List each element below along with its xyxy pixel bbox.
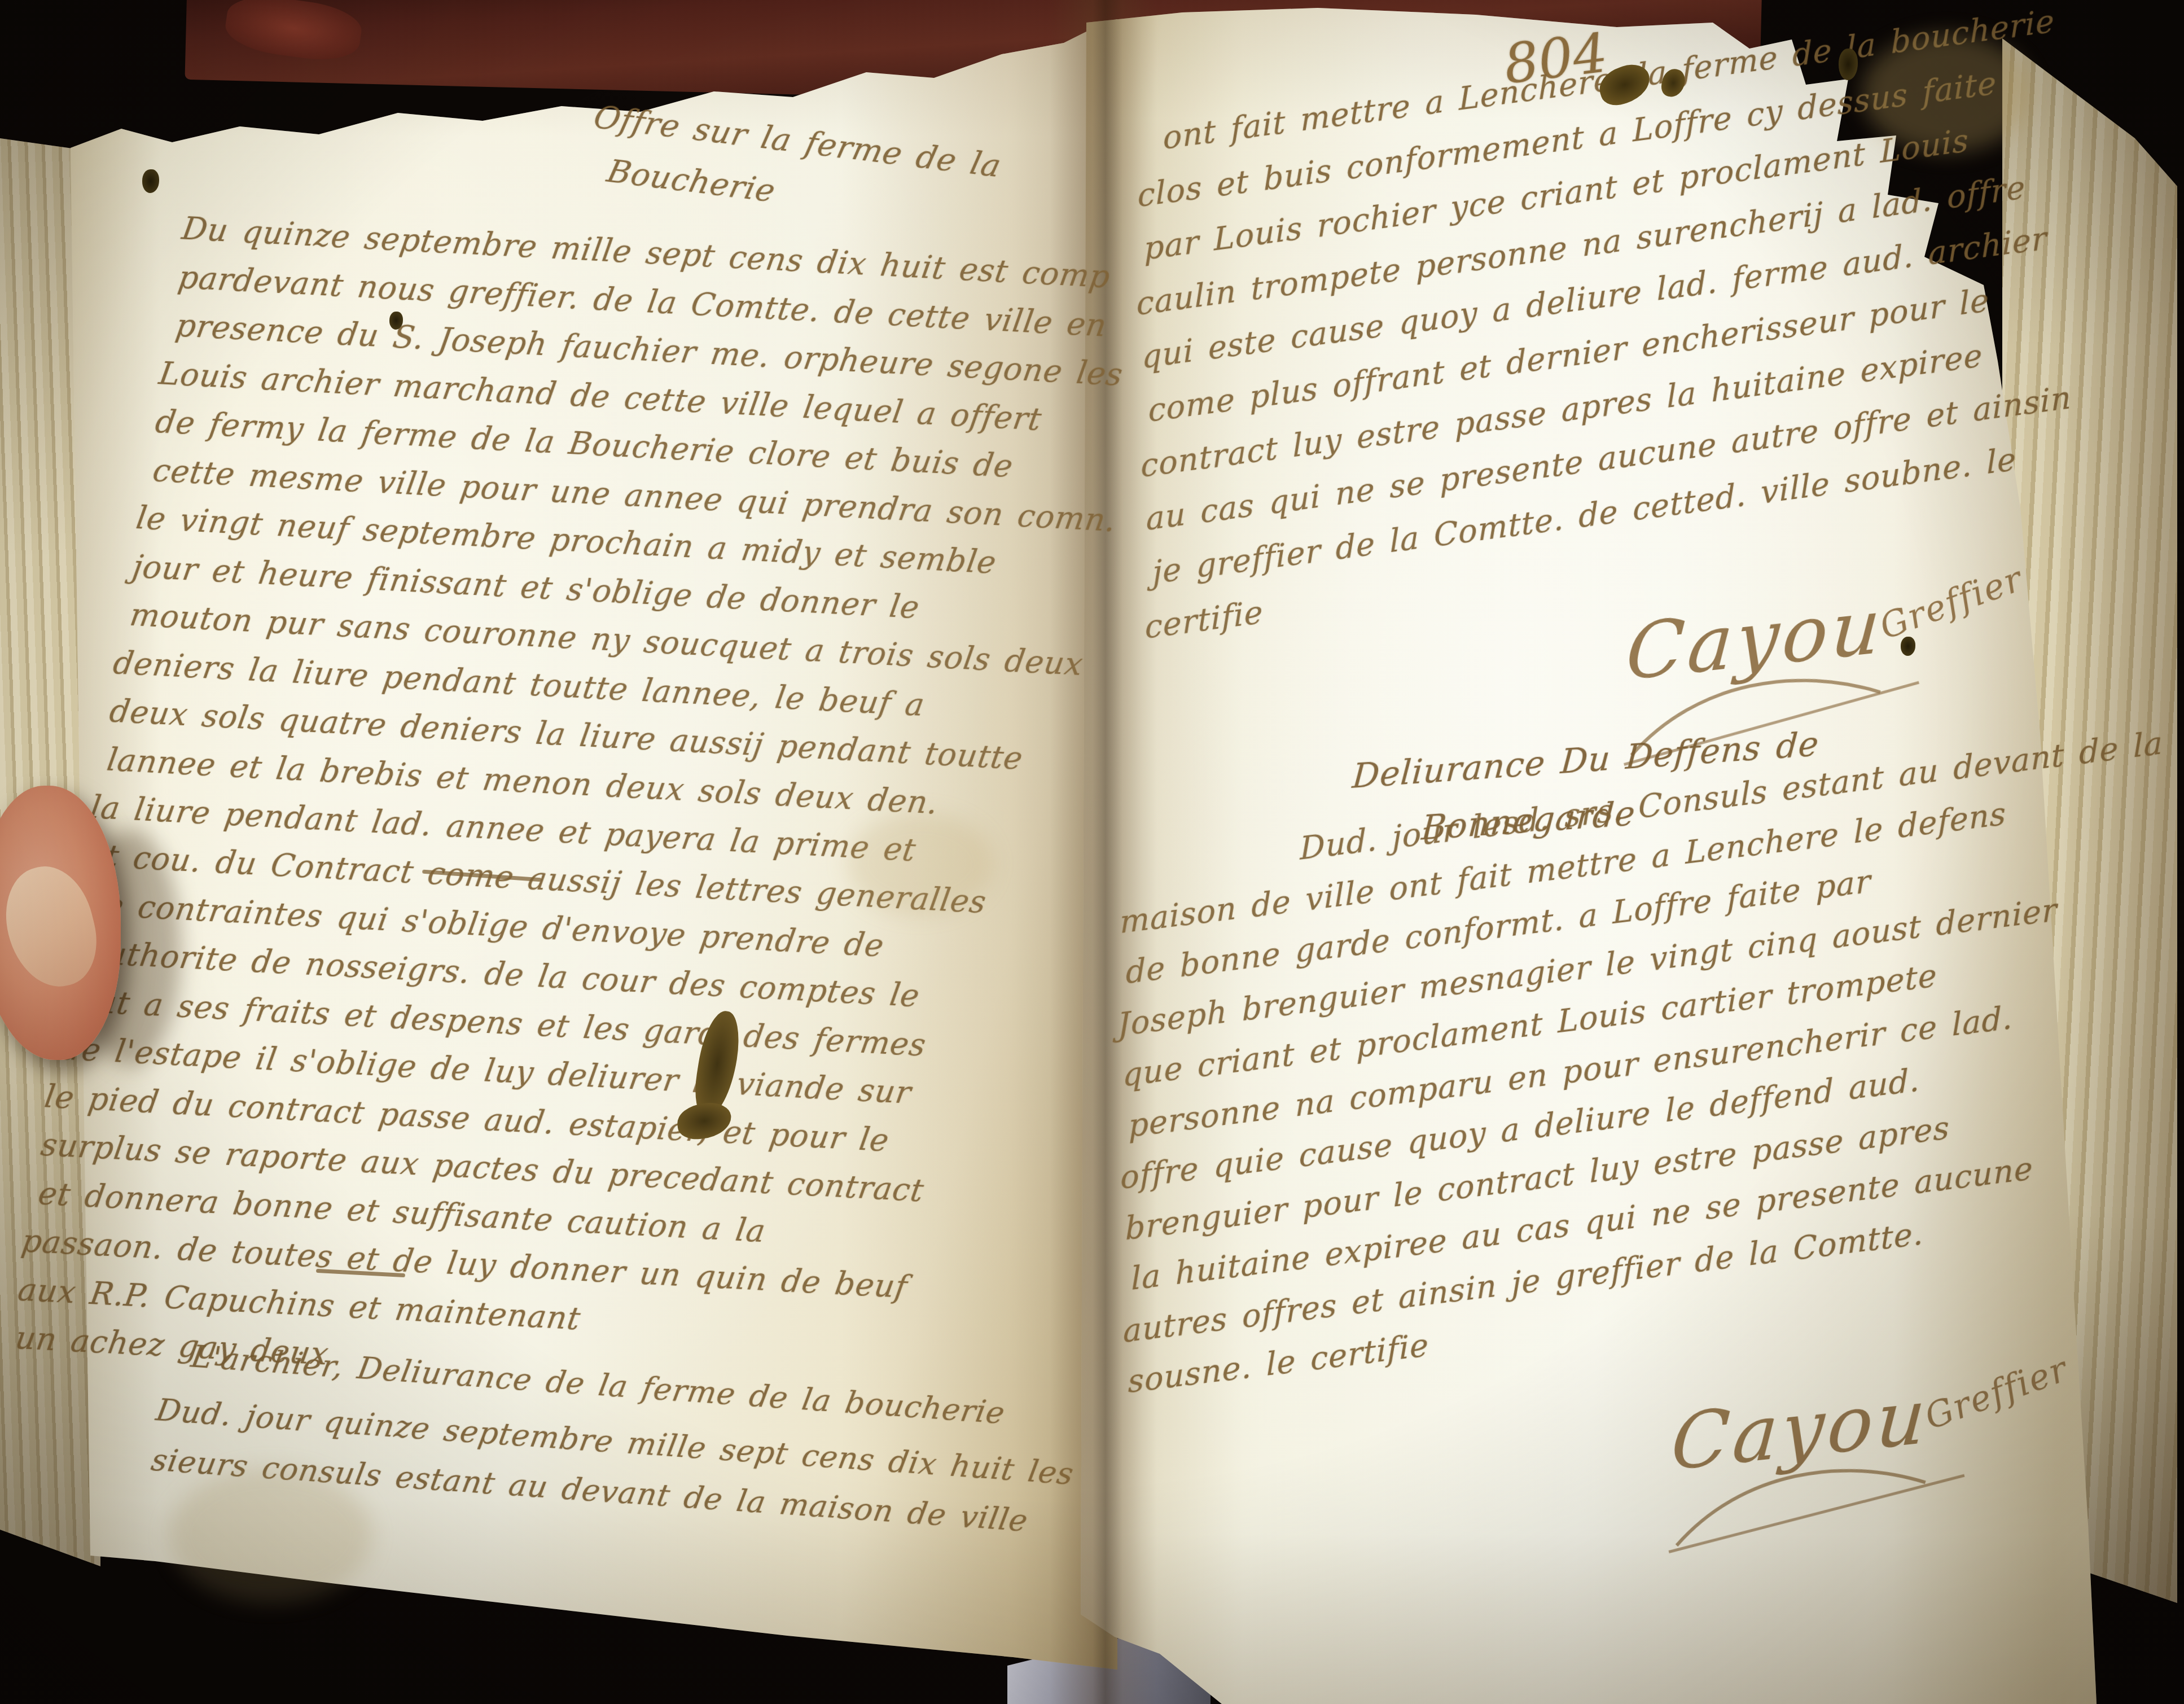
paper-stain [847, 813, 993, 914]
paper-stain [1862, 34, 2032, 152]
thumbnail [0, 857, 107, 996]
paper-stain [169, 1468, 372, 1603]
manuscript-photo-scene: Offre sur la ferme de laBoucherie Du qui… [0, 0, 2184, 1704]
left-page-body: Du quinze septembre mille sept cens dix … [3, 204, 1104, 1409]
right-page-entry-2: Dud. jour lesd. srs. Consuls estant au d… [1115, 733, 2049, 1408]
